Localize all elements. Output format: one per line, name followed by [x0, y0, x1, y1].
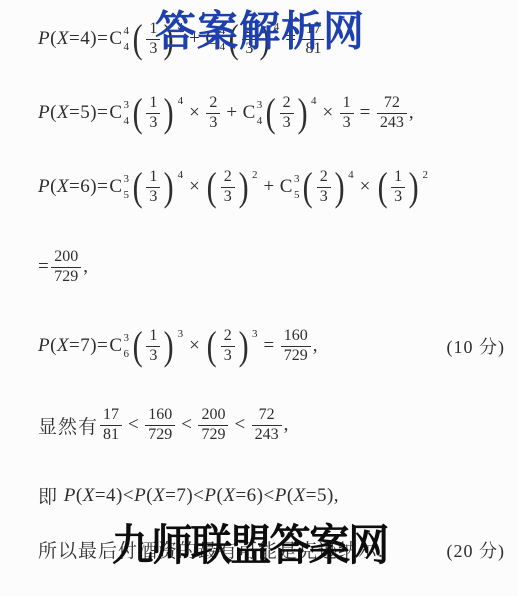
fraction-denominator: 729	[145, 425, 175, 445]
parenthesized-fraction: (23)3	[205, 327, 258, 366]
fraction-numerator: 2	[280, 94, 294, 113]
fraction: 200729	[51, 248, 81, 287]
binomial-coefficient: C44	[109, 26, 129, 53]
math-text: X	[223, 485, 235, 507]
parenthesized-fraction: (23)4	[301, 168, 354, 207]
binomial-coefficient: C35	[280, 174, 300, 201]
fraction-denominator: 243	[377, 113, 407, 133]
fraction-denominator: 729	[51, 267, 81, 287]
binomial-coefficient: C34	[109, 100, 129, 127]
fraction: 13	[146, 168, 160, 207]
parenthesized-fraction: (13)4	[131, 168, 184, 207]
combination-indices: 36	[124, 333, 130, 360]
combination-subscript: 5	[124, 190, 130, 201]
math-text: P	[134, 485, 146, 507]
combination-letter: C	[243, 102, 256, 124]
combination-subscript: 4	[124, 42, 130, 53]
math-text: ×	[185, 102, 204, 124]
open-paren: (	[207, 329, 217, 363]
math-text: X	[57, 102, 69, 124]
math-text: (	[50, 176, 57, 198]
fraction: 160729	[281, 327, 311, 366]
math-text: P	[204, 485, 216, 507]
math-text: =7)<	[165, 485, 204, 507]
close-paren: )	[297, 96, 307, 130]
combination-superscript: 3	[124, 333, 130, 344]
fraction: 23	[317, 168, 331, 207]
fraction-denominator: 81	[100, 425, 122, 445]
fraction-denominator: 3	[221, 346, 235, 366]
math-text: ,	[284, 414, 289, 436]
close-paren: )	[238, 329, 248, 363]
fraction: 13	[340, 94, 354, 133]
fraction: 1781	[100, 406, 122, 445]
parenthesized-fraction: (23)4	[264, 94, 317, 133]
close-paren: )	[164, 329, 174, 363]
combination-superscript: 3	[257, 100, 263, 111]
open-paren: (	[133, 22, 143, 56]
inequality-line: 显然有1781<160729<200729<72243,	[38, 406, 505, 445]
fraction-numerator: 160	[281, 327, 311, 346]
combination-superscript: 3	[124, 174, 130, 185]
fraction-denominator: 3	[206, 113, 220, 133]
math-text: +	[222, 102, 241, 124]
combination-indices: 44	[124, 26, 130, 53]
combination-letter: C	[109, 28, 122, 50]
fraction-numerator: 2	[317, 168, 331, 187]
fraction: 72243	[252, 406, 282, 445]
binomial-coefficient: C35	[109, 174, 129, 201]
fraction-denominator: 3	[221, 187, 235, 207]
fraction-denominator: 3	[317, 187, 331, 207]
parenthesized-fraction: (13)3	[131, 327, 184, 366]
fraction-numerator: 2	[206, 94, 220, 113]
combination-indices: 34	[124, 100, 130, 127]
eq-px5: P(X=5)=C34(13)4×23+C34(23)4×13=72243,	[38, 94, 505, 133]
probability-order-line: 即 P(X=4)<P(X=7)<P(X=6)<P(X=5),	[38, 482, 505, 509]
fraction-numerator: 2	[221, 327, 235, 346]
exponent: 3	[178, 328, 184, 340]
fraction-numerator: 1	[146, 94, 160, 113]
close-paren: )	[164, 170, 174, 204]
math-text: X	[57, 28, 69, 50]
fraction: 23	[206, 94, 220, 133]
fraction-denominator: 3	[340, 113, 354, 133]
math-text: (	[287, 485, 294, 507]
fraction-numerator: 200	[198, 406, 228, 425]
score-annotation: (20 分)	[447, 537, 506, 563]
close-paren: )	[238, 170, 248, 204]
math-text: =6)=	[69, 176, 108, 198]
eq-px6: P(X=6)=C35(13)4×(23)2+C35(23)4×(13)2	[38, 168, 505, 207]
math-text: X	[294, 485, 306, 507]
fraction-numerator: 1	[146, 168, 160, 187]
parenthesized-fraction: (23)2	[205, 168, 258, 207]
math-text: ,	[313, 335, 318, 357]
parenthesized-fraction: (13)2	[376, 168, 429, 207]
exponent: 4	[348, 169, 354, 181]
fraction-numerator: 1	[391, 168, 405, 187]
open-paren: (	[377, 170, 387, 204]
fraction-denominator: 3	[146, 113, 160, 133]
fraction-numerator: 72	[256, 406, 278, 425]
fraction: 13	[391, 168, 405, 207]
math-text: 即	[38, 482, 64, 509]
math-text: +	[260, 176, 279, 198]
combination-letter: C	[109, 102, 122, 124]
fraction-denominator: 243	[252, 425, 282, 445]
binomial-coefficient: C36	[109, 333, 129, 360]
exponent: 2	[252, 169, 258, 181]
combination-superscript: 3	[124, 100, 130, 111]
open-paren: (	[133, 329, 143, 363]
math-text: ×	[185, 176, 204, 198]
fraction: 23	[221, 168, 235, 207]
combination-indices: 35	[294, 174, 300, 201]
eq-px6-result: =200729,	[38, 248, 505, 287]
fraction: 200729	[198, 406, 228, 445]
math-text: =4)<	[95, 485, 134, 507]
fraction-numerator: 160	[145, 406, 175, 425]
math-text: P	[275, 485, 287, 507]
math-text: ×	[185, 335, 204, 357]
math-text: ×	[318, 102, 337, 124]
fraction-numerator: 17	[100, 406, 122, 425]
math-text: (	[50, 335, 57, 357]
math-text: =	[38, 256, 49, 278]
fraction-numerator: 72	[381, 94, 403, 113]
combination-letter: C	[280, 176, 293, 198]
math-text: X	[83, 485, 95, 507]
open-paren: (	[266, 96, 276, 130]
fraction: 13	[146, 327, 160, 366]
open-paren: (	[207, 170, 217, 204]
combination-subscript: 4	[257, 116, 263, 127]
combination-subscript: 6	[124, 349, 130, 360]
math-text: (	[50, 102, 57, 124]
math-text: X	[57, 335, 69, 357]
math-text: <	[124, 414, 143, 436]
combination-letter: C	[109, 176, 122, 198]
math-text: <	[230, 414, 249, 436]
math-text: ,	[409, 102, 414, 124]
fraction: 13	[146, 94, 160, 133]
combination-indices: 34	[257, 100, 263, 127]
close-paren: )	[409, 170, 419, 204]
math-text: =6)<	[235, 485, 274, 507]
exponent: 2	[422, 169, 428, 181]
fraction: 23	[280, 94, 294, 133]
math-text: P	[38, 102, 50, 124]
fraction-numerator: 200	[51, 248, 81, 267]
page: P(X=4)=C44(13)4+C44(23)4=1781,P(X=5)=C34…	[0, 0, 518, 596]
fraction: 23	[221, 327, 235, 366]
fraction-denominator: 3	[280, 113, 294, 133]
open-paren: (	[133, 170, 143, 204]
exponent: 4	[178, 95, 184, 107]
math-text: (	[50, 28, 57, 50]
math-text: X	[153, 485, 165, 507]
math-text: X	[57, 176, 69, 198]
math-text: 显然有	[38, 412, 98, 439]
exponent: 4	[311, 95, 317, 107]
close-paren: )	[164, 96, 174, 130]
math-text: =4)=	[69, 28, 108, 50]
math-text: P	[38, 335, 50, 357]
math-text: =7)=	[69, 335, 108, 357]
fraction: 160729	[145, 406, 175, 445]
fraction-numerator: 1	[340, 94, 354, 113]
math-text: P	[64, 485, 76, 507]
math-text: P	[38, 176, 50, 198]
math-text: ,	[83, 256, 88, 278]
math-text: =5),	[306, 485, 339, 507]
fraction-numerator: 1	[146, 327, 160, 346]
math-text: (	[76, 485, 83, 507]
fraction-denominator: 3	[146, 346, 160, 366]
fraction-denominator: 729	[198, 425, 228, 445]
combination-subscript: 4	[124, 116, 130, 127]
eq-px7: P(X=7)=C36(13)3×(23)3=160729,(10 分)	[38, 327, 505, 366]
math-text: =	[356, 102, 375, 124]
math-text: P	[38, 28, 50, 50]
watermark-top: 答案解析网	[155, 0, 365, 58]
binomial-coefficient: C34	[243, 100, 263, 127]
math-text: (	[146, 485, 153, 507]
open-paren: (	[303, 170, 313, 204]
fraction-denominator: 729	[281, 346, 311, 366]
math-text: =	[260, 335, 279, 357]
close-paren: )	[334, 170, 344, 204]
open-paren: (	[133, 96, 143, 130]
fraction-denominator: 3	[391, 187, 405, 207]
combination-letter: C	[109, 335, 122, 357]
combination-superscript: 3	[294, 174, 300, 185]
fraction-numerator: 2	[221, 168, 235, 187]
exponent: 4	[178, 169, 184, 181]
fraction: 72243	[377, 94, 407, 133]
score-annotation: (10 分)	[447, 333, 506, 359]
combination-indices: 35	[124, 174, 130, 201]
watermark-bottom: 九师联盟答案网	[112, 512, 388, 573]
combination-superscript: 4	[124, 26, 130, 37]
math-text: <	[177, 414, 196, 436]
math-text: =5)=	[69, 102, 108, 124]
combination-subscript: 5	[294, 190, 300, 201]
exponent: 3	[252, 328, 258, 340]
parenthesized-fraction: (13)4	[131, 94, 184, 133]
math-text: ×	[356, 176, 375, 198]
fraction-denominator: 3	[146, 187, 160, 207]
